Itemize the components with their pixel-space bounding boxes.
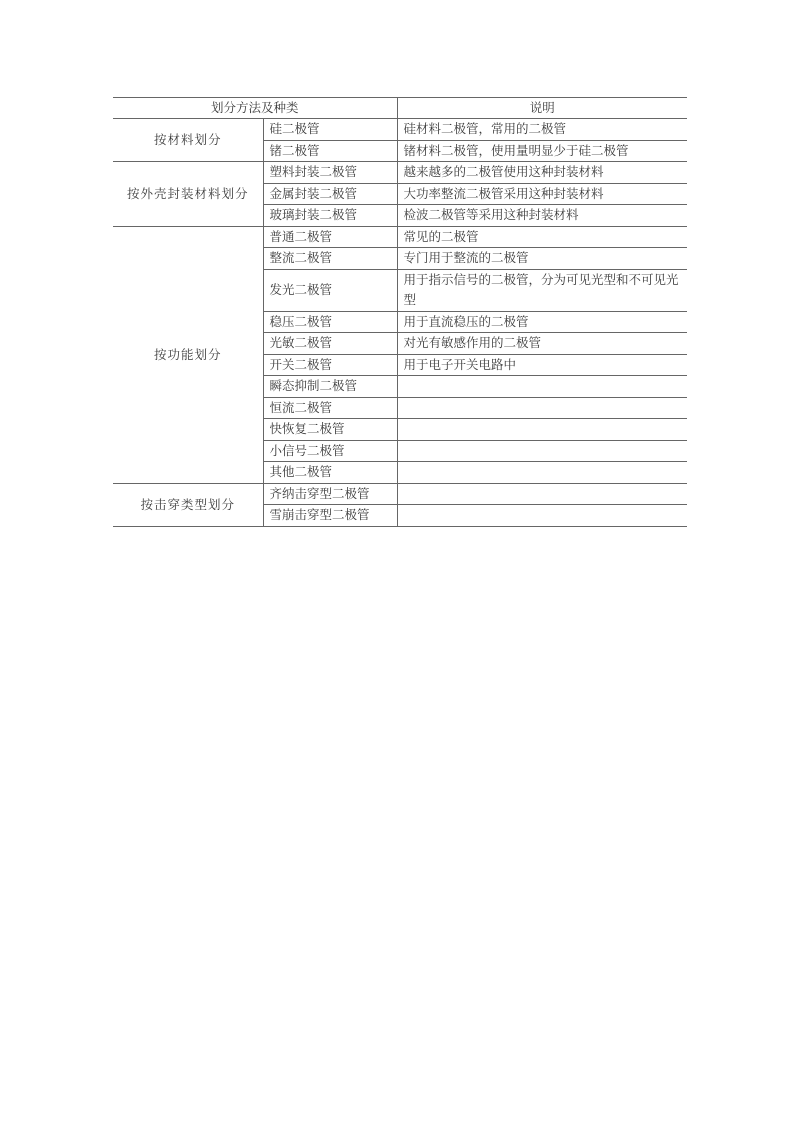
diode-description: 大功率整流二极管采用这种封装材料 bbox=[397, 183, 687, 205]
diode-type: 稳压二极管 bbox=[263, 311, 397, 333]
diode-description: 常见的二极管 bbox=[397, 226, 687, 248]
diode-description: 用于电子开关电路中 bbox=[397, 354, 687, 376]
diode-type: 其他二极管 bbox=[263, 462, 397, 484]
diode-description: 专门用于整流的二极管 bbox=[397, 248, 687, 270]
header-method-and-type: 划分方法及种类 bbox=[113, 98, 397, 119]
diode-type: 普通二极管 bbox=[263, 226, 397, 248]
diode-classification-table: 划分方法及种类 说明 按材料划分 硅二极管 硅材料二极管，常用的二极管 锗二极管… bbox=[113, 97, 687, 527]
diode-type: 发光二极管 bbox=[263, 269, 397, 311]
diode-description: 锗材料二极管，使用量明显少于硅二极管 bbox=[397, 140, 687, 162]
diode-description bbox=[397, 462, 687, 484]
diode-type: 小信号二极管 bbox=[263, 440, 397, 462]
diode-type: 快恢复二极管 bbox=[263, 419, 397, 441]
group-label-function: 按功能划分 bbox=[113, 226, 263, 483]
diode-description: 硅材料二极管，常用的二极管 bbox=[397, 119, 687, 141]
group-label-breakdown: 按击穿类型划分 bbox=[113, 483, 263, 526]
diode-type: 瞬态抑制二极管 bbox=[263, 376, 397, 398]
diode-type: 光敏二极管 bbox=[263, 333, 397, 355]
table-header-row: 划分方法及种类 说明 bbox=[113, 98, 687, 119]
diode-description bbox=[397, 440, 687, 462]
diode-type: 锗二极管 bbox=[263, 140, 397, 162]
diode-description bbox=[397, 376, 687, 398]
table-row: 按材料划分 硅二极管 硅材料二极管，常用的二极管 bbox=[113, 119, 687, 141]
table-row: 按外壳封装材料划分 塑料封装二极管 越来越多的二极管使用这种封装材料 bbox=[113, 162, 687, 184]
diode-type: 整流二极管 bbox=[263, 248, 397, 270]
diode-type: 雪崩击穿型二极管 bbox=[263, 505, 397, 527]
diode-type: 硅二极管 bbox=[263, 119, 397, 141]
table-row: 按功能划分 普通二极管 常见的二极管 bbox=[113, 226, 687, 248]
diode-description bbox=[397, 419, 687, 441]
diode-type: 塑料封装二极管 bbox=[263, 162, 397, 184]
diode-type: 金属封装二极管 bbox=[263, 183, 397, 205]
header-description: 说明 bbox=[397, 98, 687, 119]
diode-type: 齐纳击穿型二极管 bbox=[263, 483, 397, 505]
diode-description: 检波二极管等采用这种封装材料 bbox=[397, 205, 687, 227]
diode-description bbox=[397, 483, 687, 505]
diode-description bbox=[397, 397, 687, 419]
diode-description: 用于直流稳压的二极管 bbox=[397, 311, 687, 333]
diode-type: 玻璃封装二极管 bbox=[263, 205, 397, 227]
diode-description bbox=[397, 505, 687, 527]
diode-description: 越来越多的二极管使用这种封装材料 bbox=[397, 162, 687, 184]
group-label-package: 按外壳封装材料划分 bbox=[113, 162, 263, 227]
diode-description: 对光有敏感作用的二极管 bbox=[397, 333, 687, 355]
diode-description: 用于指示信号的二极管，分为可见光型和不可见光型 bbox=[397, 269, 687, 311]
group-label-material: 按材料划分 bbox=[113, 119, 263, 162]
diode-type: 开关二极管 bbox=[263, 354, 397, 376]
table-row: 按击穿类型划分 齐纳击穿型二极管 bbox=[113, 483, 687, 505]
diode-type: 恒流二极管 bbox=[263, 397, 397, 419]
